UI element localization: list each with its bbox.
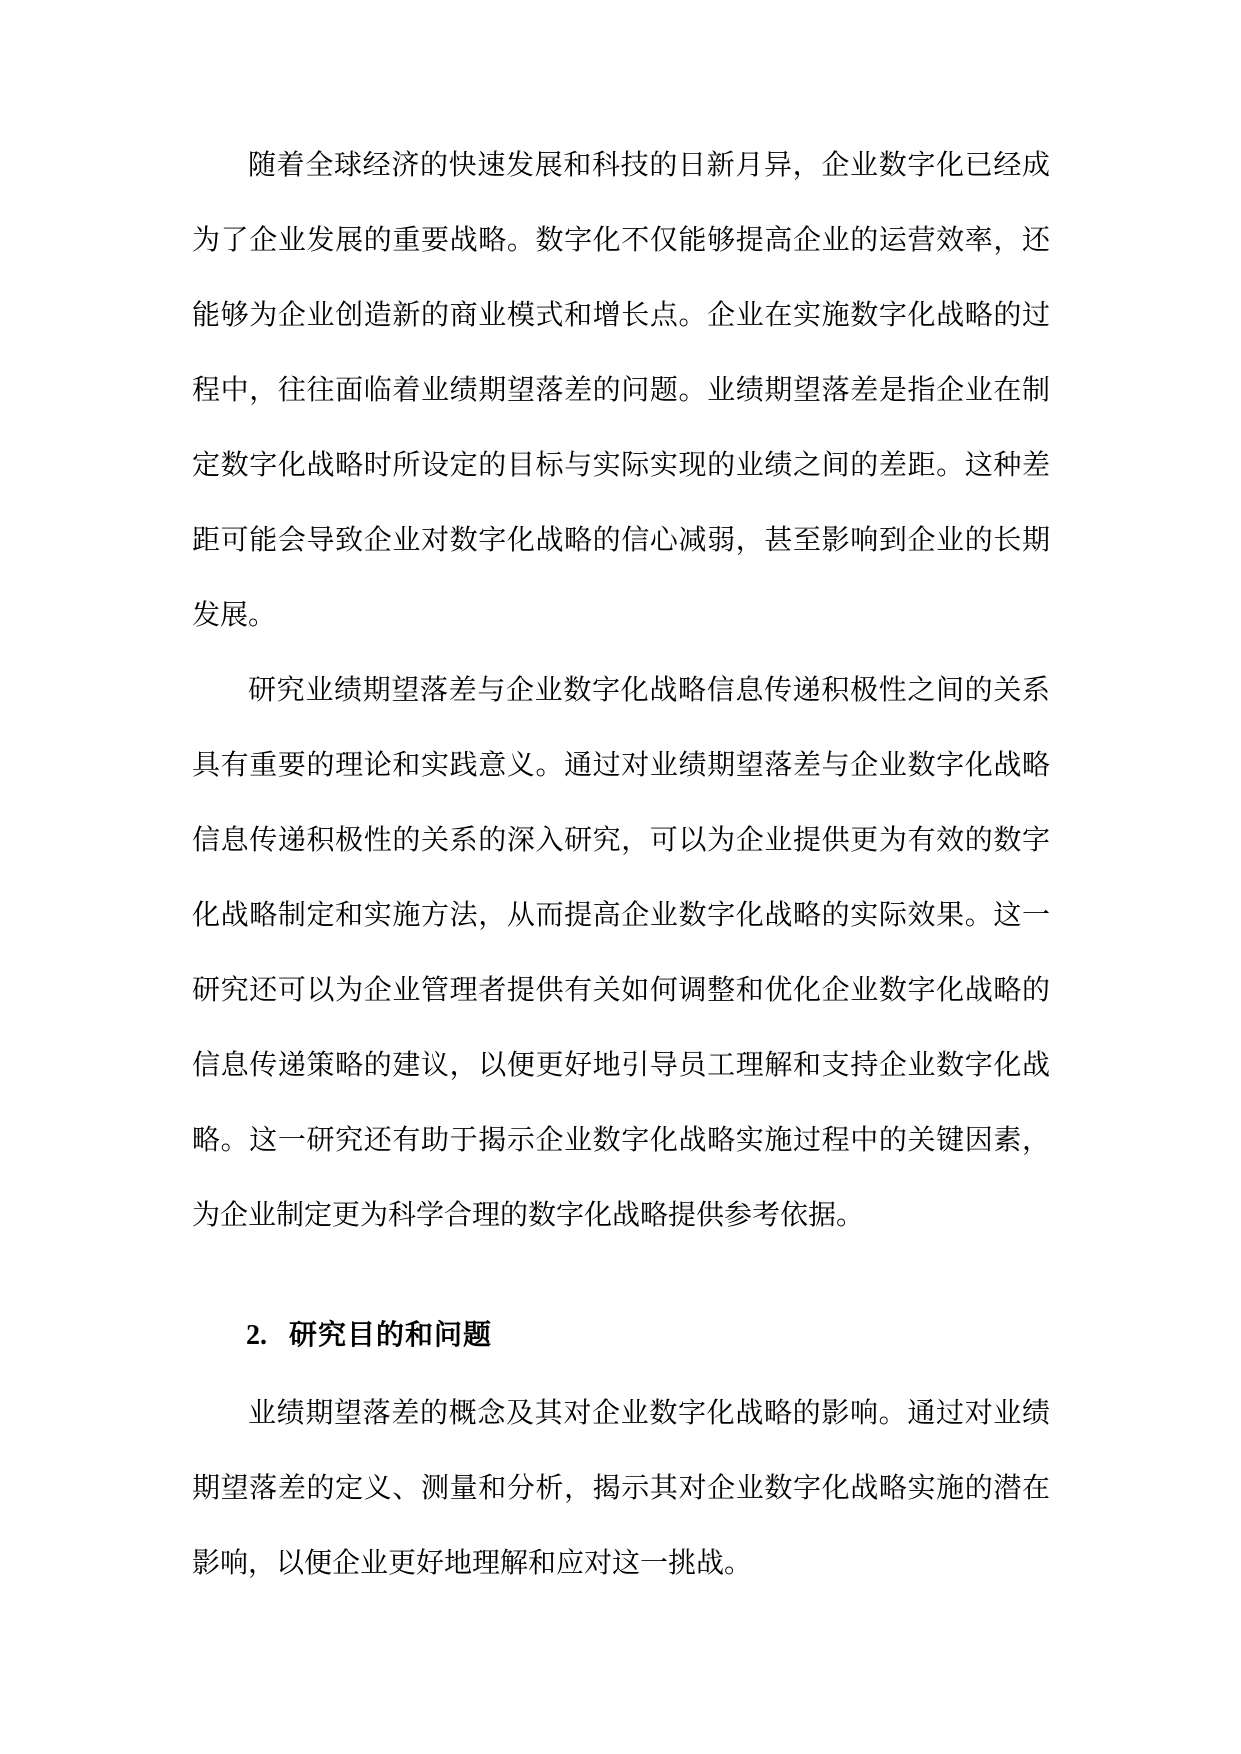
document-page: 随着全球经济的快速发展和科技的日新月异，企业数字化已经成为了企业发展的重要战略。…: [0, 0, 1241, 1754]
paragraph-research-purpose: 业绩期望落差的概念及其对企业数字化战略的影响。通过对业绩期望落差的定义、测量和分…: [192, 1376, 1050, 1601]
section-heading: 2.研究目的和问题: [192, 1298, 1050, 1373]
heading-title: 研究目的和问题: [289, 1320, 492, 1351]
paragraph-research-significance: 研究业绩期望落差与企业数字化战略信息传递积极性之间的关系具有重要的理论和实践意义…: [192, 653, 1050, 1253]
paragraph-intro-digitalization: 随着全球经济的快速发展和科技的日新月异，企业数字化已经成为了企业发展的重要战略。…: [192, 128, 1050, 653]
heading-number: 2.: [246, 1298, 267, 1373]
